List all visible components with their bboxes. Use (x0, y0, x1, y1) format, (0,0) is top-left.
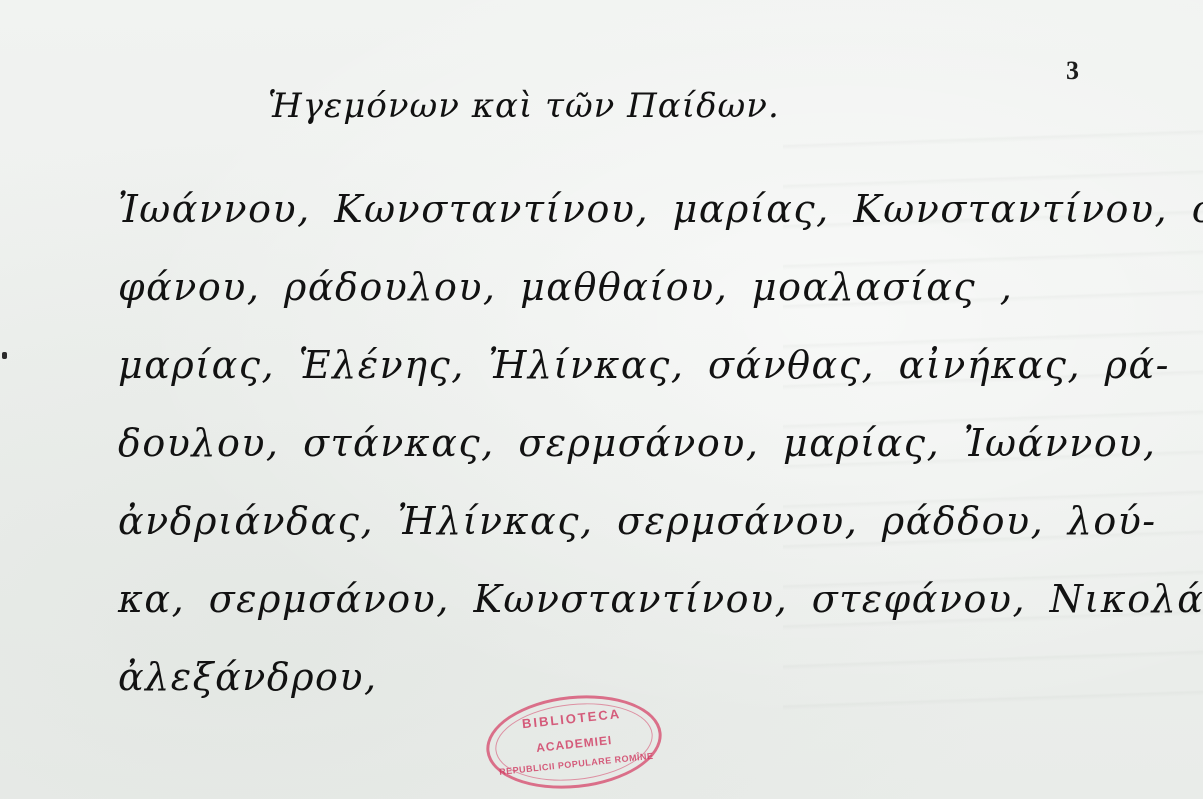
text-line: κα, σερμσάνου, Κωνσταντίνου, στεφάνου, Ν… (118, 560, 1078, 638)
manuscript-page: 3 Ἡγεμόνων καὶ τῶν Παίδων. Ἰωάννου, Κωνσ… (0, 0, 1203, 799)
text-line: ἀνδριάνδας, Ἠλίνκας, σερμσάνου, ράδδου, … (118, 482, 1078, 560)
text-line: μαρίας, Ἑλένης, Ἠλίνκας, σάνθας, αἰνήκας… (118, 326, 1078, 404)
name-list-text: Ἰωάννου, Κωνσταντίνου, μαρίας, Κωνσταντί… (118, 170, 1078, 716)
margin-ink-mark (2, 352, 7, 359)
text-line: Ἰωάννου, Κωνσταντίνου, μαρίας, Κωνσταντί… (118, 170, 1078, 248)
text-line: φάνου, ράδουλου, μαθθαίου, μοαλασίας , (118, 248, 1078, 326)
page-heading: Ἡγεμόνων καὶ τῶν Παίδων. (268, 86, 780, 126)
text-line: δουλου, στάνκας, σερμσάνου, μαρίας, Ἰωάν… (118, 404, 1078, 482)
page-number: 3 (1066, 56, 1079, 86)
